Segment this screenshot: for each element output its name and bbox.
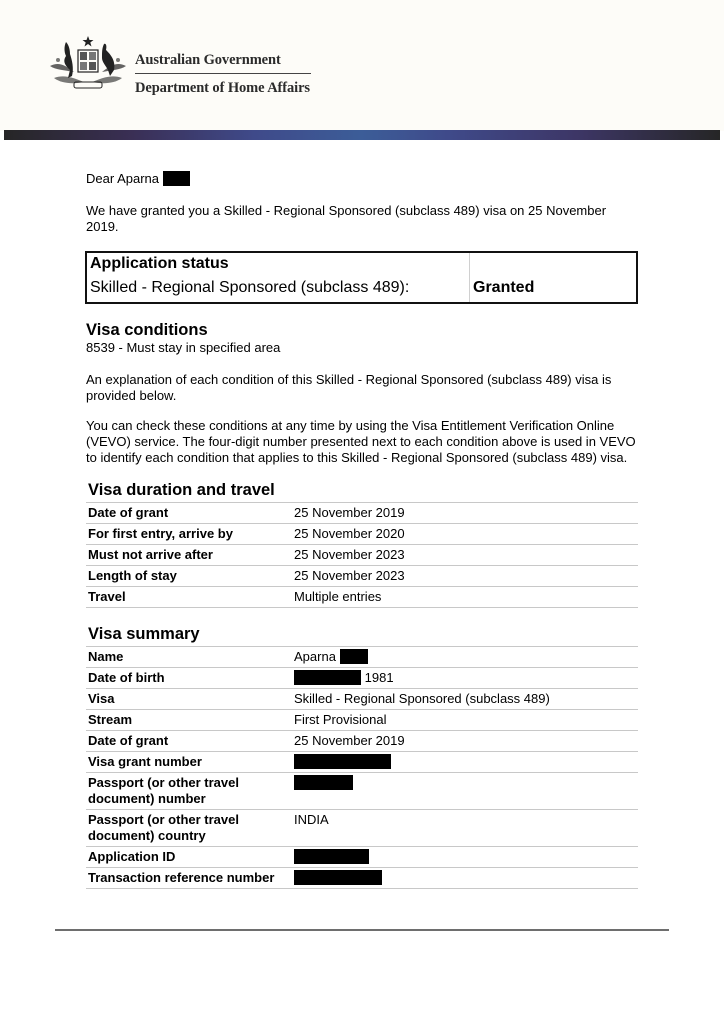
status-cell-divider [469,253,470,302]
visa-duration-table: Date of grant25 November 2019 For first … [86,502,638,608]
table-row: Passport (or other travel document) numb… [86,773,638,810]
department-name: Department of Home Affairs [135,80,310,97]
redacted-grant-number [294,754,391,769]
application-status-visa: Skilled - Regional Sponsored (subclass 4… [90,280,409,296]
table-row: For first entry, arrive by25 November 20… [86,524,638,545]
redacted-application-id [294,849,369,864]
intro-paragraph: We have granted you a Skilled - Regional… [86,203,638,235]
redacted-birth-date [294,670,361,685]
visa-duration-title: Visa duration and travel [88,480,638,500]
table-row: Length of stay25 November 2023 [86,566,638,587]
visa-conditions-title: Visa conditions [86,320,638,340]
visa-summary-title: Visa summary [88,624,638,644]
redacted-transaction-ref [294,870,382,885]
coat-of-arms-icon [44,34,132,98]
redacted-surname [340,649,368,664]
table-row: Transaction reference number [86,868,638,889]
table-row: VisaSkilled - Regional Sponsored (subcla… [86,689,638,710]
redacted-passport-number [294,775,353,790]
header-band [4,130,720,140]
application-status-title: Application status [90,256,229,272]
letterhead-divider [135,73,311,74]
redacted-surname [163,171,190,186]
government-name: Australian Government [135,52,281,69]
table-row: NameAparna [86,647,638,668]
letter-body: Dear Aparna We have granted you a Skille… [86,171,638,889]
table-row: Visa grant number [86,752,638,773]
table-row: Date of birth 1981 [86,668,638,689]
table-row: Passport (or other travel document) coun… [86,810,638,847]
table-row: StreamFirst Provisional [86,710,638,731]
table-row: Application ID [86,847,638,868]
status-badge: Granted [473,280,534,296]
conditions-explanation: An explanation of each condition of this… [86,372,638,404]
table-row: Must not arrive after25 November 2023 [86,545,638,566]
table-row: TravelMultiple entries [86,587,638,608]
greeting: Dear Aparna [86,171,638,187]
table-row: Date of grant25 November 2019 [86,503,638,524]
application-status-box: Application status Skilled - Regional Sp… [85,251,638,304]
visa-summary-table: NameAparna Date of birth 1981 VisaSkille… [86,646,638,889]
vevo-note: You can check these conditions at any ti… [86,418,638,466]
condition-item: 8539 - Must stay in specified area [86,340,638,356]
table-row: Date of grant25 November 2019 [86,731,638,752]
footer-divider [55,929,669,931]
letterhead: Australian Government Department of Home… [0,0,724,131]
